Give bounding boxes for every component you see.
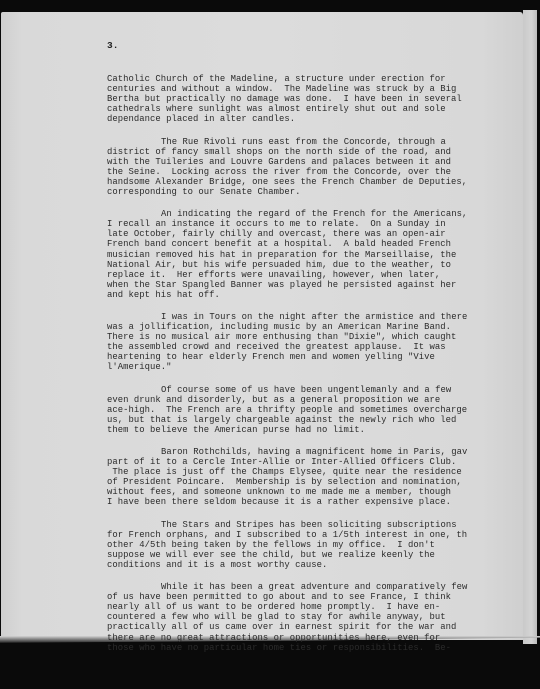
text-line: nearly all of us want to be ordered home… bbox=[107, 602, 517, 612]
text-line: The Rue Rivoli runs east from the Concor… bbox=[107, 137, 517, 147]
page-content: 3. Catholic Church of the Madeline, a st… bbox=[107, 41, 517, 665]
text-line: replace it. Her efforts were unavailing,… bbox=[107, 270, 517, 280]
text-line: and kept his hat off. bbox=[107, 290, 517, 300]
paragraph: Catholic Church of the Madeline, a struc… bbox=[107, 74, 517, 124]
text-line: without fees, and someone unknown to me … bbox=[107, 487, 517, 497]
text-line: the Seine. Locking across the river from… bbox=[107, 167, 517, 177]
paragraph: Of course some of us have been ungentlem… bbox=[107, 385, 517, 435]
text-line: I recall an instance it occurs to me to … bbox=[107, 219, 517, 229]
text-line: The Stars and Stripes has been solicitin… bbox=[107, 520, 517, 530]
text-line: district of fancy small shops on the nor… bbox=[107, 147, 517, 157]
text-line: Bertha but practically no damage was don… bbox=[107, 94, 517, 104]
text-line: An indicating the regard of the French f… bbox=[107, 209, 517, 219]
text-line: for French orphans, and I subscribed to … bbox=[107, 530, 517, 540]
text-line: I have been there seldom because it is a… bbox=[107, 497, 517, 507]
text-line: when the Star Spangled Banner was played… bbox=[107, 280, 517, 290]
text-line: them to believe the American purse had n… bbox=[107, 425, 517, 435]
paragraph: Baron Rothchilds, having a magnificent h… bbox=[107, 447, 517, 508]
text-line: conditions and it is a most worthy cause… bbox=[107, 560, 517, 570]
paragraph: I was in Tours on the night after the ar… bbox=[107, 312, 517, 373]
text-line: with the Tuileries and Louvre Gardens an… bbox=[107, 157, 517, 167]
text-line: musician removed his hat in preparation … bbox=[107, 250, 517, 260]
text-line: The place is just off the Champs Elysee,… bbox=[107, 467, 517, 477]
text-line: other 4/5th being taken by the fellows i… bbox=[107, 540, 517, 550]
paragraph-list: Catholic Church of the Madeline, a struc… bbox=[107, 74, 517, 653]
text-line: those who have no particular home ties o… bbox=[107, 643, 517, 653]
text-line: heartening to hear elderly French men an… bbox=[107, 352, 517, 362]
text-line: us, but that is largely chargeable again… bbox=[107, 415, 517, 425]
text-line: late October, fairly chilly and overcast… bbox=[107, 229, 517, 239]
text-line: corresponding to our Senate Chamber. bbox=[107, 187, 517, 197]
text-line: While it has been a great adventure and … bbox=[107, 582, 517, 592]
text-line: ace-high. The French are a thrifty peopl… bbox=[107, 405, 517, 415]
text-line: French band concert benefit at a hospita… bbox=[107, 239, 517, 249]
paragraph: An indicating the regard of the French f… bbox=[107, 209, 517, 300]
text-line: there are no great attractions or opport… bbox=[107, 633, 517, 643]
text-line: I was in Tours on the night after the ar… bbox=[107, 312, 517, 322]
text-line: of President Poincare. Membership is by … bbox=[107, 477, 517, 487]
text-line: practically all of us came over in earne… bbox=[107, 622, 517, 632]
paragraph: The Stars and Stripes has been solicitin… bbox=[107, 520, 517, 570]
page-edge-strip bbox=[523, 10, 537, 644]
text-line: dependance placed in alter candles. bbox=[107, 114, 517, 124]
text-line: even drunk and disorderly, but as a gene… bbox=[107, 395, 517, 405]
text-line: There is no musical air more enthusing t… bbox=[107, 332, 517, 342]
text-line: Baron Rothchilds, having a magnificent h… bbox=[107, 447, 517, 457]
paragraph: While it has been a great adventure and … bbox=[107, 582, 517, 653]
page-number: 3. bbox=[107, 41, 517, 51]
text-line: of us have been permitted to go about an… bbox=[107, 592, 517, 602]
text-line: handsome Alexander Bridge, one sees the … bbox=[107, 177, 517, 187]
scanned-document-frame: 3. Catholic Church of the Madeline, a st… bbox=[0, 0, 540, 689]
text-line: Of course some of us have been ungentlem… bbox=[107, 385, 517, 395]
text-line: part of it to a Cercle Inter-Allie or In… bbox=[107, 457, 517, 467]
text-line: National Air, but his wife persuaded him… bbox=[107, 260, 517, 270]
text-line: Catholic Church of the Madeline, a struc… bbox=[107, 74, 517, 84]
text-line: cathedrals where sunlight was almost ent… bbox=[107, 104, 517, 114]
text-line: suppose we will ever see the child, but … bbox=[107, 550, 517, 560]
text-line: l'Amerique." bbox=[107, 362, 517, 372]
text-line: centuries and without a window. The Made… bbox=[107, 84, 517, 94]
text-line: the assembled crowd and received the gre… bbox=[107, 342, 517, 352]
text-line: countered a few who will be glad to stay… bbox=[107, 612, 517, 622]
text-line: was a jollification, including music by … bbox=[107, 322, 517, 332]
paragraph: The Rue Rivoli runs east from the Concor… bbox=[107, 137, 517, 198]
